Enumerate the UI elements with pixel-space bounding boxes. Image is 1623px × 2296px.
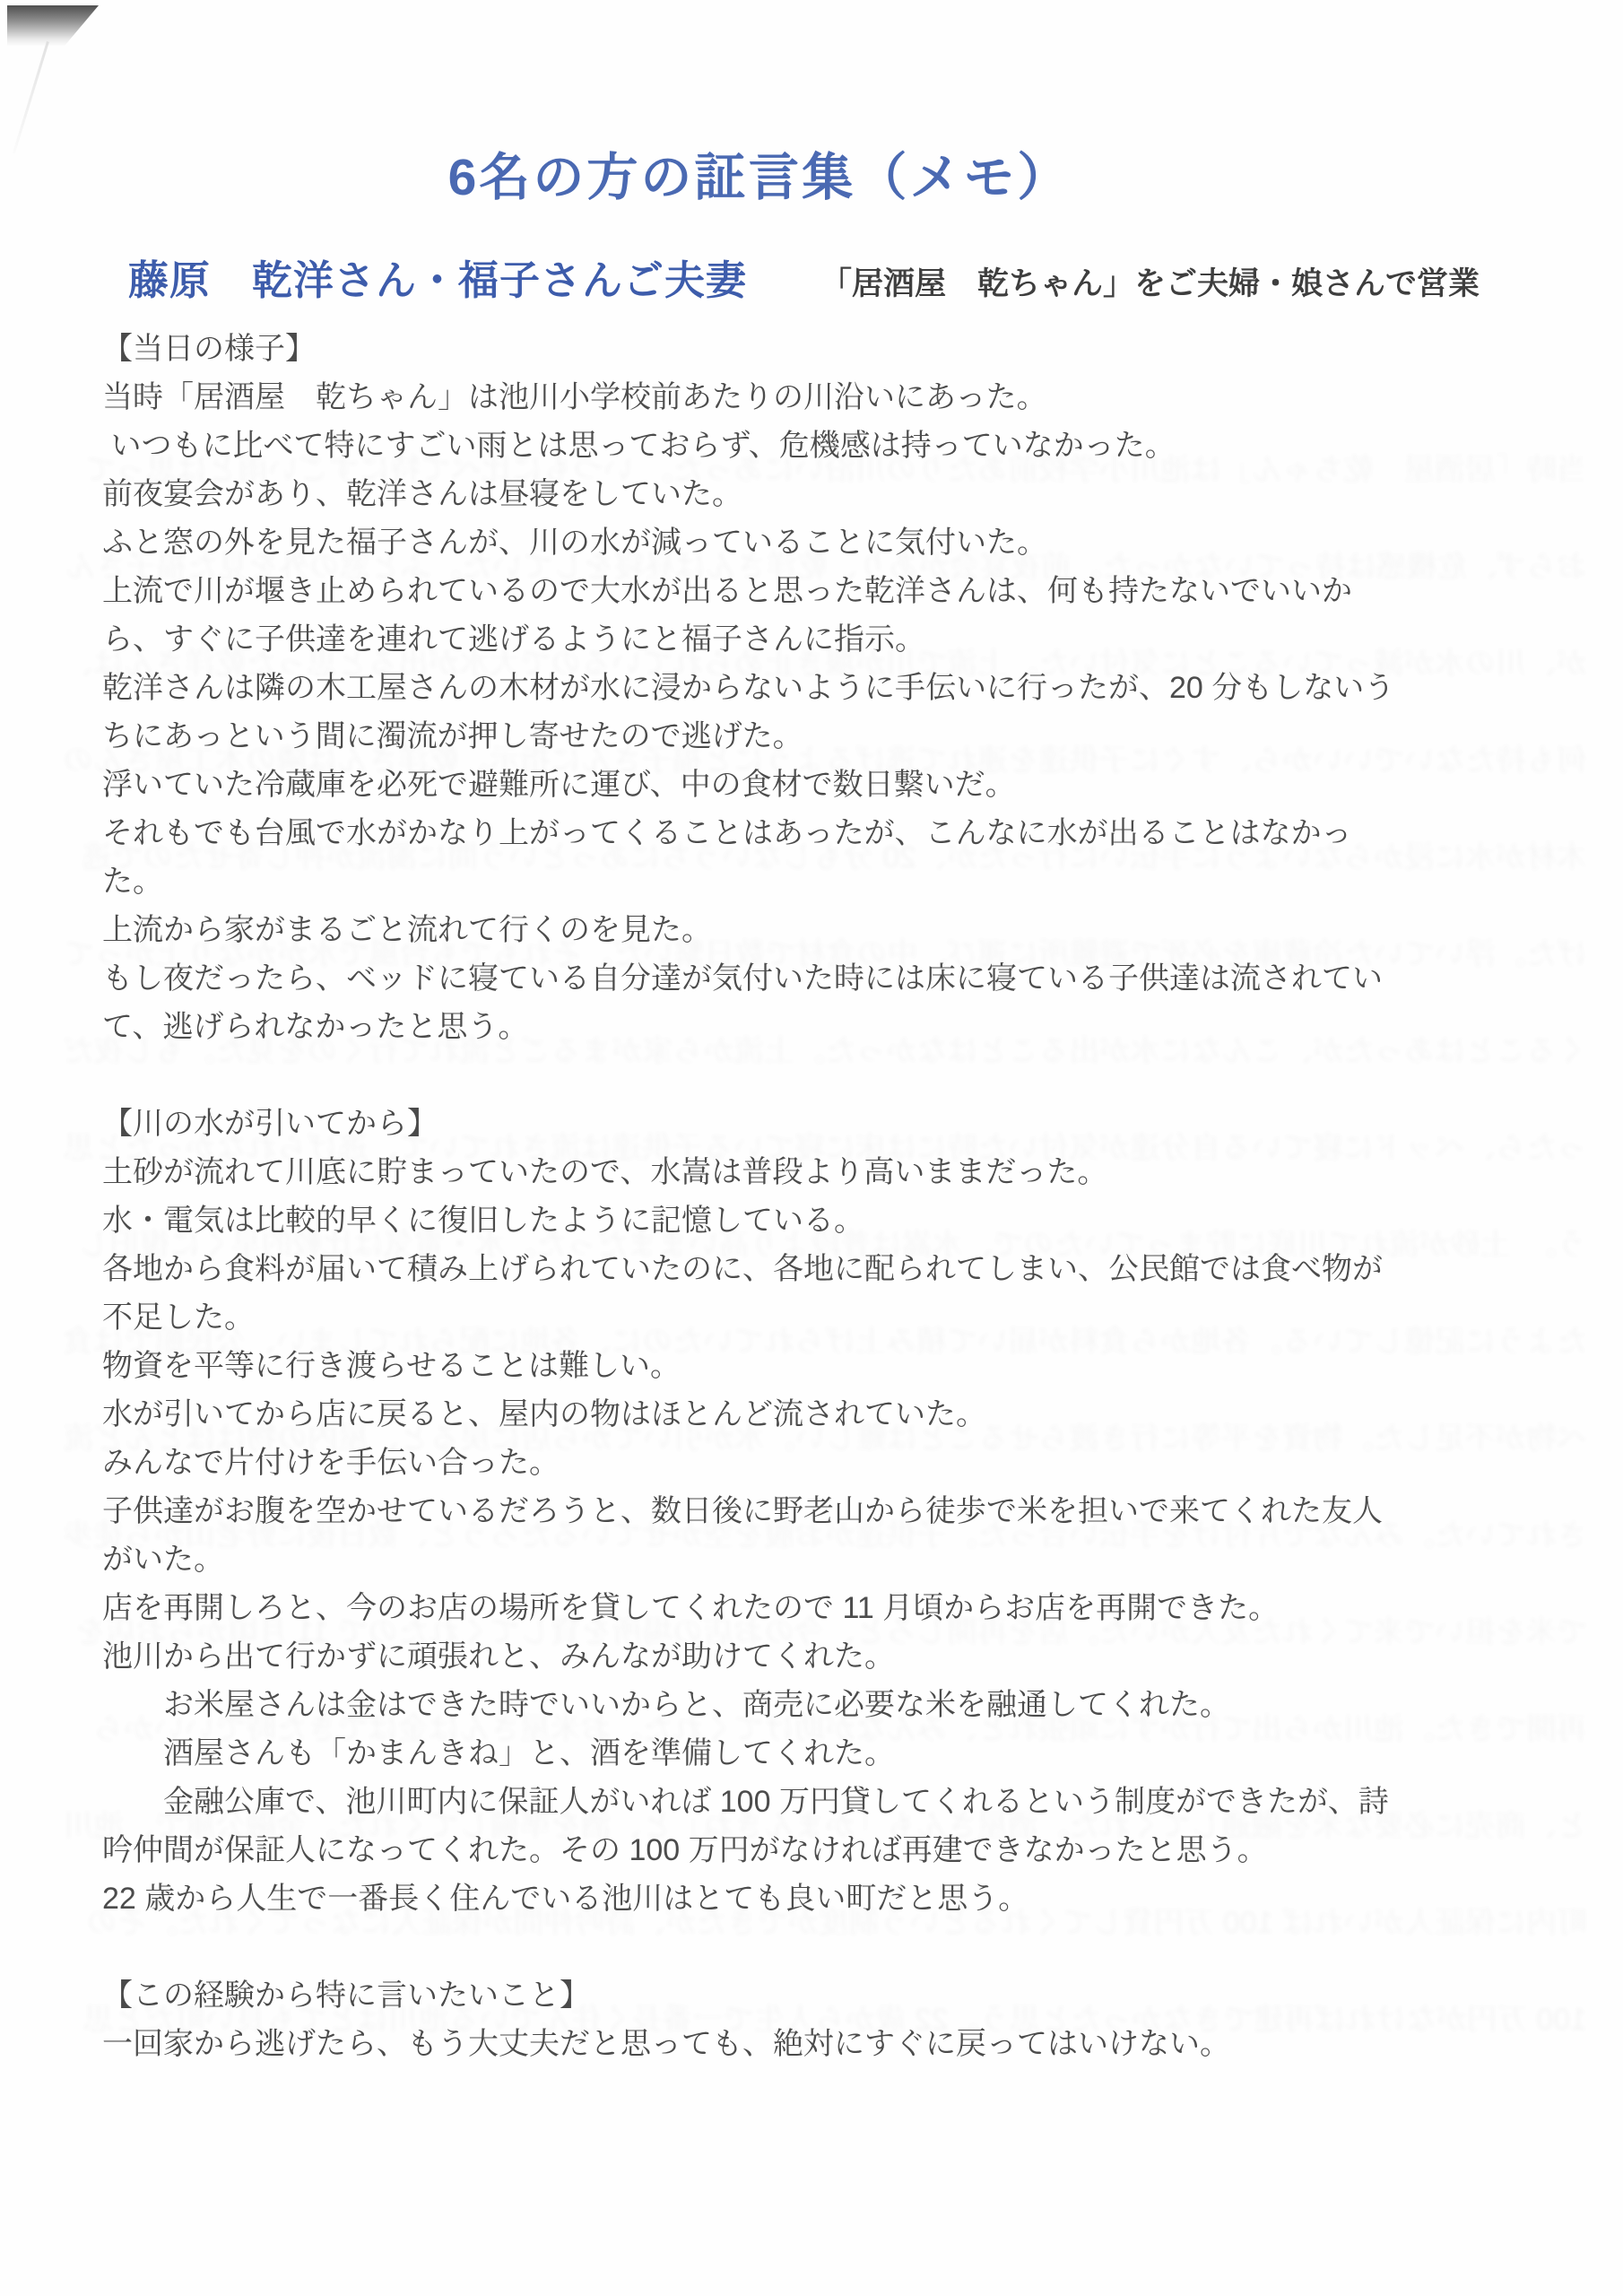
testimony-line: ふと窓の外を見た福子さんが、川の水が減っていることに気付いた。	[102, 518, 1537, 567]
speaker-names: 藤原 乾洋さん・福子さんご夫妻	[128, 248, 747, 306]
testimony-body: 【当日の様子】当時「居酒屋 乾ちゃん」は池川小学校前あたりの川沿いにあった。 い…	[102, 325, 1537, 2068]
testimony-line: いつもに比べて特にすごい雨とは思っておらず、危機感は持っていなかった。	[102, 422, 1537, 470]
testimony-line: がいた。	[102, 1535, 1537, 1584]
testimony-line: 前夜宴会があり、乾洋さんは昼寝をしていた。	[102, 470, 1537, 518]
section-heading: 【川の水が引いてから】	[102, 1100, 1537, 1148]
testimony-line: 子供達がお腹を空かせているだろうと、数日後に野老山から徒歩で米を担いで来てくれた…	[102, 1487, 1537, 1535]
testimony-line: 上流で川が堰き止められているので大水が出ると思った乾洋さんは、何も持たないでいい…	[102, 567, 1537, 615]
testimony-line: 浮いていた冷蔵庫を必死で避難所に運び、中の食材で数日繋いだ。	[102, 761, 1537, 809]
testimony-line: みんなで片付けを手伝い合った。	[102, 1439, 1537, 1487]
section-heading: 【当日の様子】	[102, 325, 1537, 373]
speaker-business-note: 「居酒屋 乾ちゃん」をご夫婦・娘さんで営業	[820, 259, 1480, 304]
speaker-heading-row: 藤原 乾洋さん・福子さんご夫妻 「居酒屋 乾ちゃん」をご夫婦・娘さんで営業	[128, 248, 1480, 306]
testimony-section: 【川の水が引いてから】土砂が流れて川底に貯まっていたので、水嵩は普段より高いまま…	[102, 1100, 1537, 1923]
testimony-section: 【当日の様子】当時「居酒屋 乾ちゃん」は池川小学校前あたりの川沿いにあった。 い…	[102, 325, 1537, 1051]
testimony-line: 物資を平等に行き渡らせることは難しい。	[102, 1342, 1537, 1390]
testimony-section: 【この経験から特に言いたいこと】一回家から逃げたら、もう大丈夫だと思っても、絶対…	[102, 1971, 1537, 2068]
testimony-line: 22 歳から人生で一番長く住んでいる池川はとても良い町だと思う。	[102, 1874, 1537, 1923]
testimony-line: 金融公庫で、池川町内に保証人がいれば 100 万円貸してくれるという制度ができた…	[102, 1778, 1537, 1826]
testimony-line: 池川から出て行かずに頑張れと、みんなが助けてくれた。	[102, 1632, 1537, 1681]
testimony-line: 一回家から逃げたら、もう大丈夫だと思っても、絶対にすぐに戻ってはいけない。	[102, 2020, 1537, 2068]
testimony-line: 土砂が流れて川底に貯まっていたので、水嵩は普段より高いままだった。	[102, 1148, 1537, 1196]
page-title: 6名の方の証言集（メモ）	[0, 136, 1571, 210]
testimony-line: ら、すぐに子供達を連れて逃げるようにと福子さんに指示。	[102, 615, 1537, 664]
testimony-line: 水が引いてから店に戻ると、屋内の物はほとんど流されていた。	[102, 1390, 1537, 1439]
testimony-line: お米屋さんは金はできた時でいいからと、商売に必要な米を融通してくれた。	[102, 1681, 1537, 1729]
testimony-line: た。	[102, 857, 1537, 906]
testimony-line: 当時「居酒屋 乾ちゃん」は池川小学校前あたりの川沿いにあった。	[102, 373, 1537, 422]
testimony-line: 各地から食料が届いて積み上げられていたのに、各地に配られてしまい、公民館では食べ…	[102, 1245, 1537, 1293]
testimony-line: 水・電気は比較的早くに復旧したように記憶している。	[102, 1196, 1537, 1245]
testimony-line: て、逃げられなかったと思う。	[102, 1003, 1537, 1051]
testimony-line: 酒屋さんも「かまんきね」と、酒を準備してくれた。	[102, 1729, 1537, 1778]
testimony-line: それもでも台風で水がかなり上がってくることはあったが、こんなに水が出ることはなか…	[102, 809, 1537, 857]
testimony-line: 上流から家がまるごと流れて行くのを見た。	[102, 906, 1537, 954]
scan-corner-shadow	[7, 5, 99, 47]
testimony-line: 不足した。	[102, 1293, 1537, 1342]
section-heading: 【この経験から特に言いたいこと】	[102, 1971, 1537, 2020]
testimony-line: 吟仲間が保証人になってくれた。その 100 万円がなければ再建できなかったと思う…	[102, 1826, 1537, 1874]
testimony-line: もし夜だったら、ベッドに寝ている自分達が気付いた時には床に寝ている子供達は流され…	[102, 954, 1537, 1003]
scanned-document-page: 6名の方の証言集（メモ） 藤原 乾洋さん・福子さんご夫妻 「居酒屋 乾ちゃん」を…	[0, 0, 1623, 2296]
testimony-line: ちにあっという間に濁流が押し寄せたので逃げた。	[102, 712, 1537, 761]
testimony-line: 乾洋さんは隣の木工屋さんの木材が水に浸からないように手伝いに行ったが、20 分も…	[102, 664, 1537, 712]
testimony-line: 店を再開しろと、今のお店の場所を貸してくれたので 11 月頃からお店を再開できた…	[102, 1584, 1537, 1632]
